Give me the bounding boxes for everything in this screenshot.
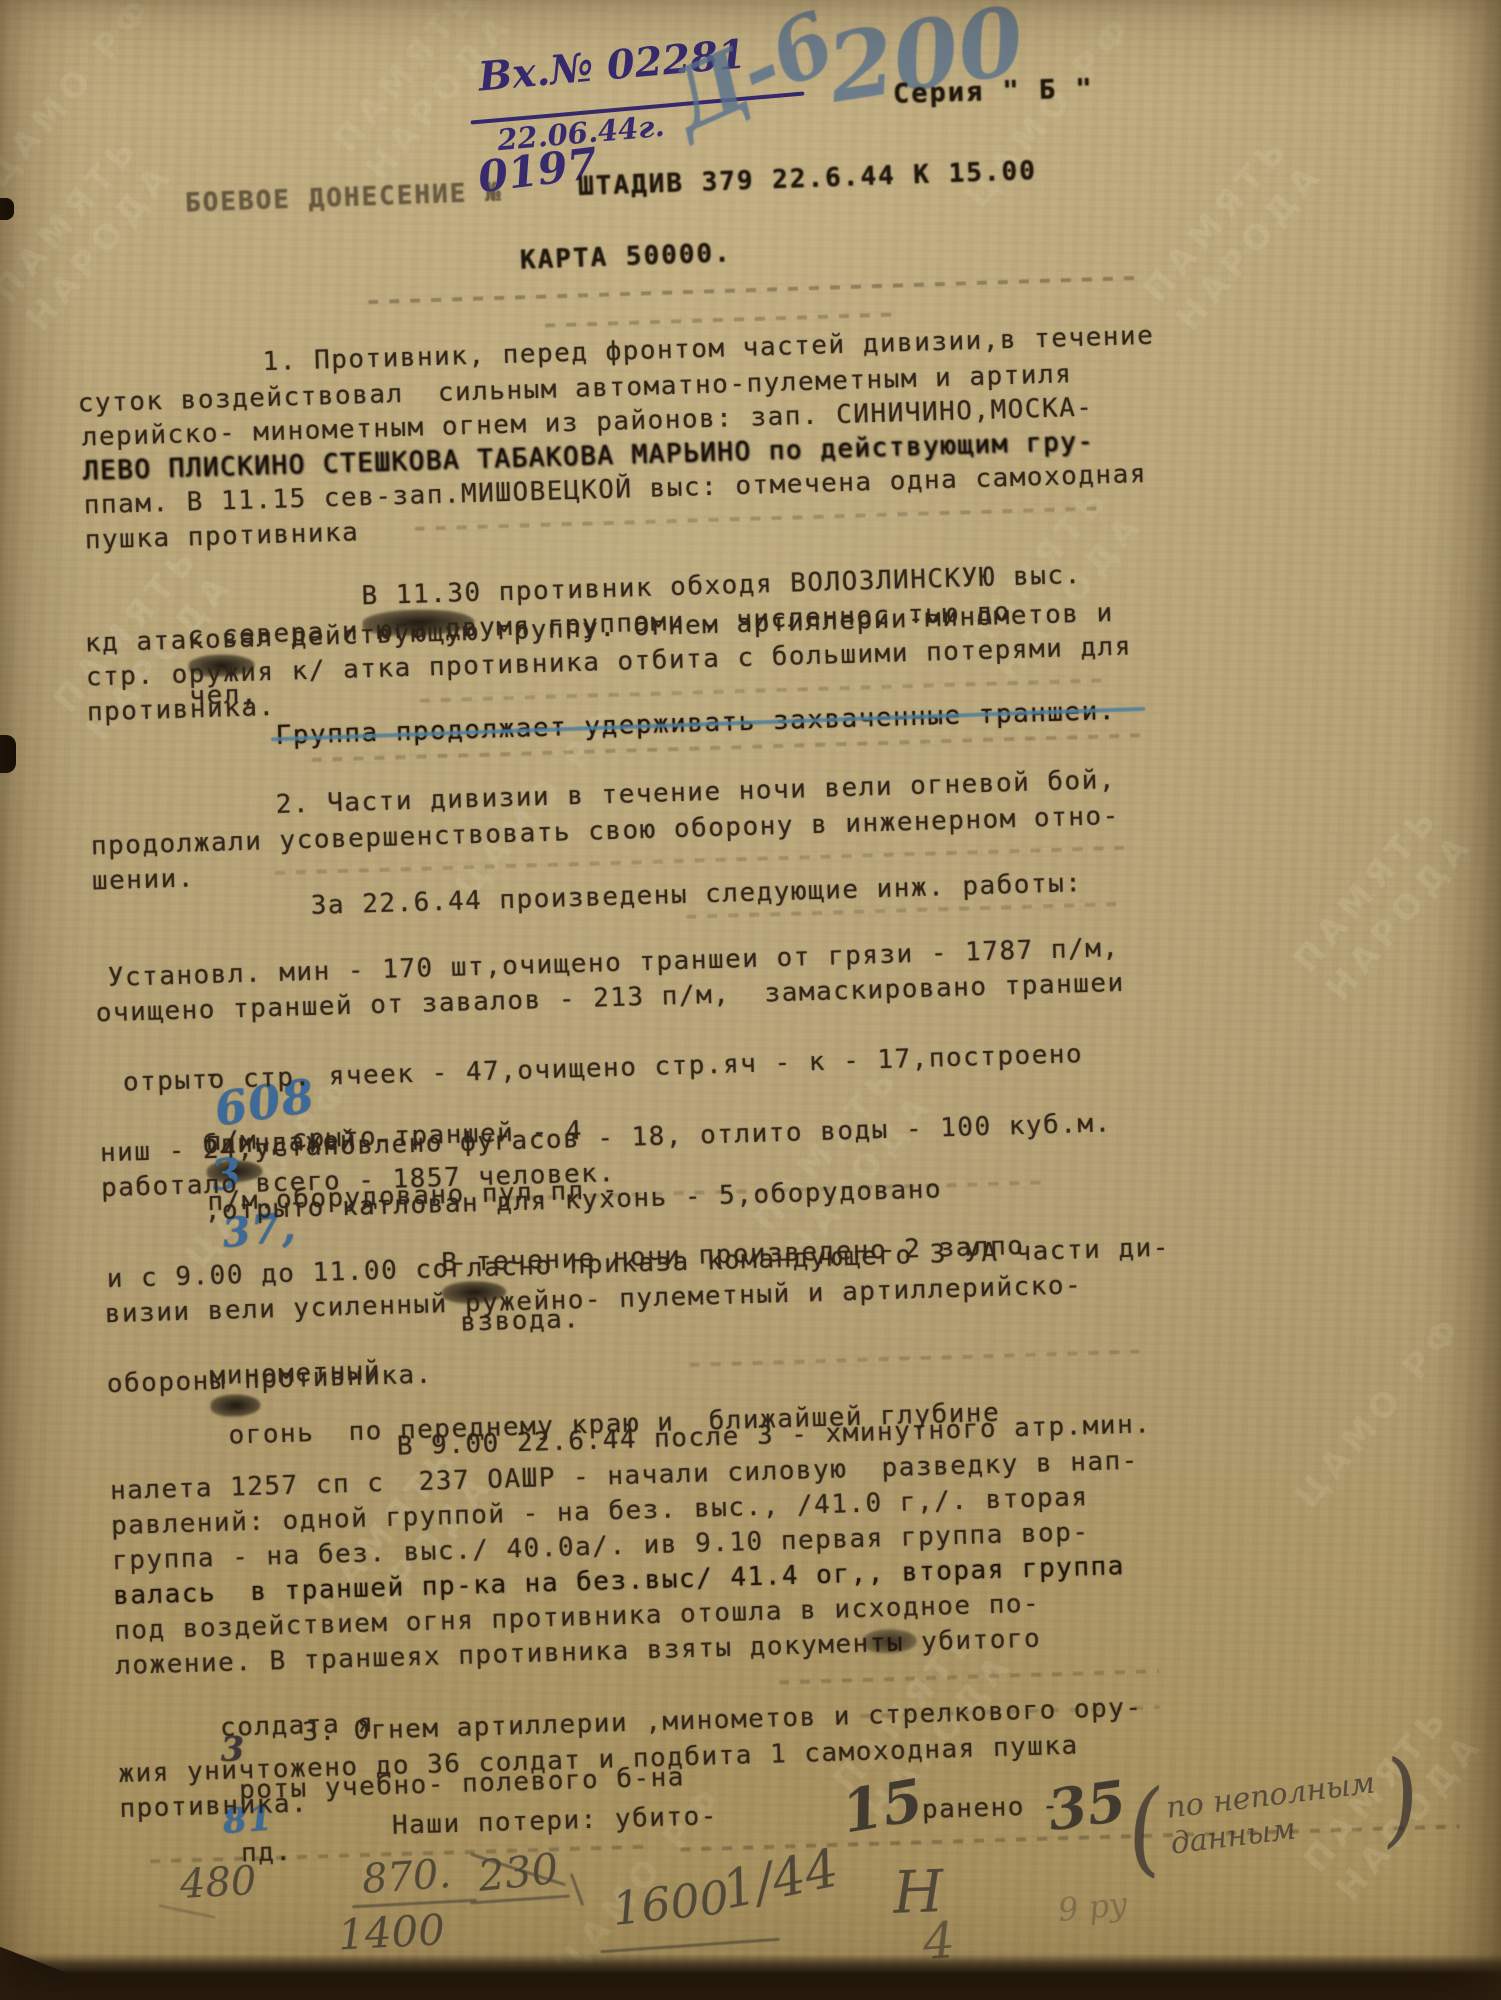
scan-edge-mark <box>0 735 16 773</box>
document-scan: ЦАМО РФ ПАМЯТЬНАРОДА ПАМЯТЬНАРОДА ЦАМО Р… <box>0 0 1501 2000</box>
bleed-dashes <box>779 1669 1159 1684</box>
note-text: по неполнымданным <box>1164 1765 1381 1862</box>
losses-killed-count: 15 <box>837 1766 928 1847</box>
typed-line: За 22.6.44 произведены следующие инж. ра… <box>310 868 1082 921</box>
pencil-calculation: 1400 <box>337 1905 446 1960</box>
page-bottom-edge <box>0 1954 1501 2000</box>
pencil-calculation-crossed: 230 <box>476 1844 561 1901</box>
typed-line: пушка противника <box>84 517 359 555</box>
bleed-dashes <box>415 506 1105 530</box>
typed-body: 1. Противник, перед фронтом частей дивиз… <box>0 0 1501 2000</box>
typed-line: шении. <box>92 863 196 896</box>
typed-line: противника. <box>87 692 276 728</box>
pencil-mark-faint: 9 ру <box>1056 1884 1129 1929</box>
pencil-calculation: 480 <box>179 1858 258 1908</box>
pencil-calculation: 870. <box>361 1851 453 1903</box>
scan-edge-mark <box>0 198 14 220</box>
losses-wounded-count: 35 <box>1044 1768 1130 1844</box>
ink-blot <box>210 1394 261 1417</box>
losses-label-wounded: ранено - <box>922 1791 1060 1825</box>
typed-line: противника. <box>119 1788 308 1824</box>
